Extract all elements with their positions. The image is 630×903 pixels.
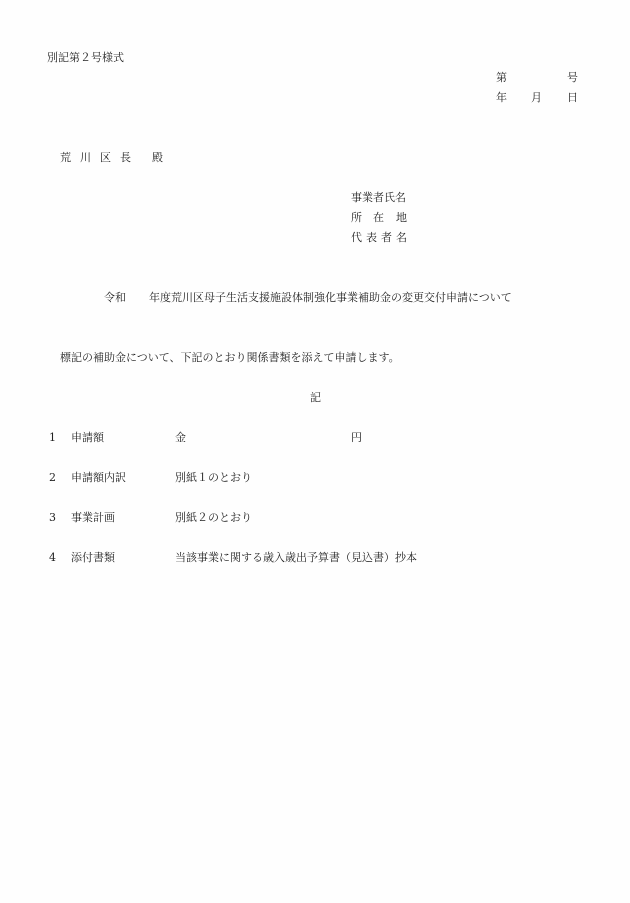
list-item: 1 申請額 金 円 bbox=[49, 431, 569, 445]
address-char: 在 bbox=[373, 211, 384, 225]
rep-char: 代 bbox=[351, 231, 362, 245]
addressee-char: 区 bbox=[100, 151, 111, 165]
form-number: 別記第２号様式 bbox=[47, 51, 124, 65]
address-char: 所 bbox=[351, 211, 362, 225]
item-value: 別紙１のとおり bbox=[175, 471, 252, 485]
date-month: 月 bbox=[531, 91, 542, 105]
list-item: 2 申請額内訳 別紙１のとおり bbox=[49, 471, 569, 485]
item-label: 添付書類 bbox=[71, 551, 115, 565]
title-era: 令和 bbox=[104, 291, 126, 305]
addressee-char: 川 bbox=[80, 151, 91, 165]
item-number: 2 bbox=[49, 471, 56, 485]
title-text: 年度荒川区母子生活支援施設体制強化事業補助金の変更交付申請について bbox=[149, 291, 512, 305]
item-number: 1 bbox=[49, 431, 56, 445]
rep-char: 表 bbox=[366, 231, 377, 245]
doc-number-prefix: 第 bbox=[496, 71, 507, 85]
item-value: 別紙２のとおり bbox=[175, 511, 252, 525]
date-year: 年 bbox=[496, 91, 507, 105]
body-text: 標記の補助金について、下記のとおり関係書類を添えて申請します。 bbox=[60, 351, 400, 365]
item-value: 当該事業に関する歳入歳出予算書（見込書）抄本 bbox=[175, 551, 417, 565]
item-label: 申請額 bbox=[71, 431, 104, 445]
item-value: 金 bbox=[175, 431, 186, 445]
date-day: 日 bbox=[567, 91, 578, 105]
ki-heading: 記 bbox=[310, 391, 321, 405]
item-number: 4 bbox=[49, 551, 56, 565]
addressee-char: 長 bbox=[120, 151, 131, 165]
item-label: 事業計画 bbox=[71, 511, 115, 525]
list-item: 4 添付書類 当該事業に関する歳入歳出予算書（見込書）抄本 bbox=[49, 551, 569, 565]
item-suffix: 円 bbox=[351, 431, 362, 445]
doc-number-suffix: 号 bbox=[567, 71, 578, 85]
addressee-honorific: 殿 bbox=[152, 151, 163, 165]
business-name-text: 事業者氏名 bbox=[351, 191, 406, 205]
rep-char: 者 bbox=[381, 231, 392, 245]
addressee-char: 荒 bbox=[60, 151, 71, 165]
address-char: 地 bbox=[396, 211, 407, 225]
item-label: 申請額内訳 bbox=[71, 471, 126, 485]
rep-char: 名 bbox=[396, 231, 407, 245]
item-number: 3 bbox=[49, 511, 56, 525]
list-item: 3 事業計画 別紙２のとおり bbox=[49, 511, 569, 525]
